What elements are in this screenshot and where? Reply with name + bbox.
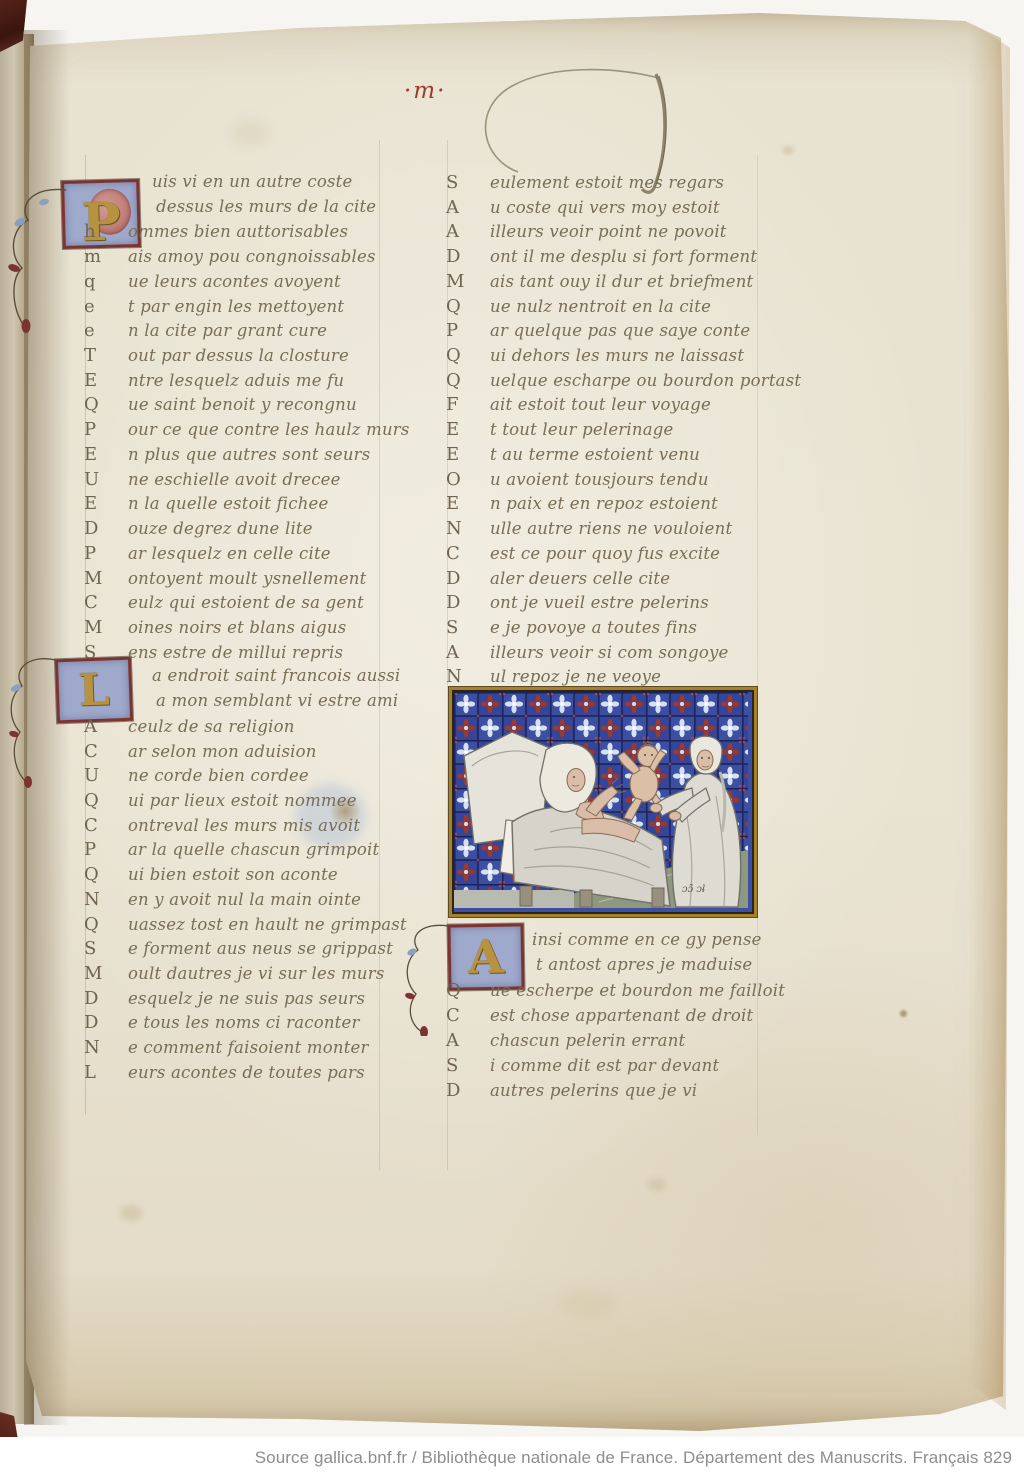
verse-initial: C	[446, 1005, 480, 1026]
verse-text: a endroit saint francois aussi	[152, 666, 400, 685]
verse-line: Contreval les murs mis avoit	[84, 815, 360, 839]
verse-line: Tout par dessus la closture	[84, 345, 349, 369]
verse-text: ceulz de sa religion	[128, 717, 295, 736]
verse-line: Que saint benoit y recongnu	[84, 394, 357, 418]
verse-line: Par la quelle chascun grimpoit	[84, 839, 379, 863]
verse-text: ais amoy pou congnoissables	[128, 247, 376, 266]
verse-text: ar quelque pas que saye conte	[490, 321, 750, 340]
verse-initial: C	[84, 815, 118, 836]
verse-text: ntre lesquelz aduis me fu	[128, 371, 344, 390]
verse-line: Ceulz qui estoient de sa gent	[84, 592, 364, 616]
verse-initial: q	[84, 271, 118, 292]
verse-line: Cest chose appartenant de droit	[446, 1005, 753, 1029]
verse-line: Et au terme estoient venu	[446, 444, 700, 468]
pen-flourish	[2, 648, 64, 788]
verse-initial: Q	[446, 345, 480, 366]
verse-text: illeurs veoir point ne povoit	[490, 222, 727, 241]
miniature-inscription: ɔɔ̃ ɔƚ	[682, 884, 705, 895]
verse-text: est ce pour quoy fus excite	[490, 544, 720, 563]
verse-line: Douze degrez dune lite	[84, 518, 313, 542]
verse-initial: Q	[84, 790, 118, 811]
verse-line: Cest ce pour quoy fus excite	[446, 543, 720, 567]
verse-line: Leurs acontes de toutes pars	[84, 1062, 365, 1086]
verse-line: hommes bien auttorisables	[84, 221, 348, 245]
verse-text: n paix et en repoz estoient	[490, 494, 718, 513]
verse-line: t antost apres je maduise	[526, 955, 752, 979]
source-credit: Source gallica.bnf.fr / Bibliothèque nat…	[255, 1448, 1024, 1468]
verse-text: aler deuers celle cite	[490, 569, 670, 588]
verse-line: Desquelz je ne suis pas seurs	[84, 988, 365, 1012]
verse-text: chascun pelerin errant	[490, 1031, 685, 1050]
verse-text: e tous les noms ci raconter	[128, 1013, 360, 1032]
verse-line: Qui dehors les murs ne laissast	[446, 345, 744, 369]
verse-text: eurs acontes de toutes pars	[128, 1063, 365, 1082]
verse-text: ont je vueil estre pelerins	[490, 593, 709, 612]
verse-text: u avoient tousjours tendu	[490, 470, 709, 489]
verse-text: insi comme en ce gy pense	[532, 930, 762, 949]
verse-text: n la quelle estoit fichee	[128, 494, 328, 513]
ruling-line	[379, 140, 380, 1170]
verse-line: Daler deuers celle cite	[446, 568, 670, 592]
verse-initial: Q	[446, 980, 480, 1001]
verse-line: Aceulz de sa religion	[84, 716, 295, 740]
verse-initial: D	[84, 518, 118, 539]
verse-text: e forment aus neus se grippast	[128, 939, 393, 958]
manuscript-scan-page: ·m· P L A uis vi en un autre costedessu	[0, 0, 1024, 1478]
verse-line: Au coste qui vers moy estoit	[446, 197, 720, 221]
verse-text: out par dessus la closture	[128, 346, 349, 365]
verse-initial: D	[446, 568, 480, 589]
verse-initial: M	[84, 568, 118, 589]
verse-line: uis vi en un autre coste	[142, 172, 352, 196]
verse-line: Ailleurs veoir si com songoye	[446, 642, 729, 666]
verse-text: ar lesquelz en celle cite	[128, 544, 331, 563]
verse-line: Nen y avoit nul la main ointe	[84, 889, 361, 913]
pen-flourish	[4, 176, 74, 336]
verse-text: en y avoit nul la main ointe	[128, 890, 361, 909]
verse-line: a mon semblant vi estre ami	[146, 691, 398, 715]
verse-initial: P	[84, 543, 118, 564]
verse-initial: N	[84, 889, 118, 910]
verse-line: que leurs acontes avoyent	[84, 271, 341, 295]
verse-line: a endroit saint francois aussi	[142, 666, 400, 690]
verse-line: Nul repoz je ne veoye	[446, 666, 661, 690]
decorated-initial-L: L	[55, 657, 133, 724]
initial-letter: L	[58, 660, 130, 720]
verse-line: Seulement estoit mes regars	[446, 172, 724, 196]
verse-initial: T	[84, 345, 118, 366]
verse-text: illeurs veoir si com songoye	[490, 643, 729, 662]
verse-line: Montoyent moult ysnellement	[84, 568, 366, 592]
verse-line: Une corde bien cordee	[84, 765, 309, 789]
verse-text: ue escherpe et bourdon me failloit	[490, 981, 785, 1000]
verse-line: dessus les murs de la cite	[146, 197, 376, 221]
initial-letter: A	[450, 926, 521, 987]
verse-initial: C	[84, 741, 118, 762]
verse-line: Fait estoit tout leur voyage	[446, 394, 711, 418]
verse-line: en la cite par grant cure	[84, 320, 327, 344]
verse-text: uelque escharpe ou bourdon portast	[490, 371, 801, 390]
verse-text: a mon semblant vi estre ami	[156, 691, 398, 710]
verse-initial: h	[84, 221, 118, 242]
verse-initial: D	[446, 592, 480, 613]
verse-line: En plus que autres sont seurs	[84, 444, 370, 468]
verse-line: Nulle autre riens ne vouloient	[446, 518, 732, 542]
verse-text: oines noirs et blans aigus	[128, 618, 346, 637]
verse-text: ne eschielle avoit drecee	[128, 470, 341, 489]
verse-initial: U	[84, 765, 118, 786]
verse-text: eulz qui estoient de sa gent	[128, 593, 364, 612]
verse-initial: S	[84, 642, 118, 663]
verse-line: De tous les noms ci raconter	[84, 1012, 360, 1036]
verse-initial: N	[84, 1037, 118, 1058]
verse-initial: Q	[84, 394, 118, 415]
verse-line: Sens estre de millui repris	[84, 642, 343, 666]
verse-line: Quelque escharpe ou bourdon portast	[446, 370, 801, 394]
miniature-birth-scene: ɔɔ̃ ɔƚ	[452, 690, 754, 914]
verse-initial: A	[84, 716, 118, 737]
verse-line: Qui bien estoit son aconte	[84, 864, 338, 888]
verse-line: Par lesquelz en celle cite	[84, 543, 331, 567]
verse-text: ont il me desplu si fort forment	[490, 247, 757, 266]
verse-initial: S	[446, 617, 480, 638]
verse-text: esquelz je ne suis pas seurs	[128, 989, 365, 1008]
verse-text: u coste qui vers moy estoit	[490, 198, 720, 217]
verse-text: i comme dit est par devant	[490, 1056, 719, 1075]
verse-text: e comment faisoient monter	[128, 1038, 369, 1057]
verse-text: t au terme estoient venu	[490, 445, 700, 464]
verse-text: t par engin les mettoyent	[128, 297, 344, 316]
verse-initial: S	[446, 1055, 480, 1076]
verse-line: Dautres pelerins que je vi	[446, 1080, 697, 1104]
verse-initial: F	[446, 394, 480, 415]
verse-line: Ailleurs veoir point ne povoit	[446, 221, 727, 245]
verse-line: Et tout leur pelerinage	[446, 419, 673, 443]
verse-line: Ou avoient tousjours tendu	[446, 469, 709, 493]
verse-text: ue nulz nentroit en la cite	[490, 297, 711, 316]
floor	[454, 890, 574, 908]
verse-initial: U	[84, 469, 118, 490]
verse-initial: Q	[446, 296, 480, 317]
verse-line: Que nulz nentroit en la cite	[446, 296, 711, 320]
verse-initial: P	[446, 320, 480, 341]
verse-initial: N	[446, 666, 480, 687]
verse-text: ommes bien auttorisables	[128, 222, 348, 241]
verse-text: ne corde bien cordee	[128, 766, 309, 785]
verse-initial: D	[446, 246, 480, 267]
verse-text: uassez tost en hault ne grimpast	[128, 915, 407, 934]
verse-line: Que escherpe et bourdon me failloit	[446, 980, 785, 1004]
verse-line: Dont il me desplu si fort forment	[446, 246, 757, 270]
verse-text: ontreval les murs mis avoit	[128, 816, 360, 835]
verse-text: ulle autre riens ne vouloient	[490, 519, 732, 538]
verse-text: ontoyent moult ysnellement	[128, 569, 366, 588]
verse-text: uis vi en un autre coste	[152, 172, 352, 191]
verse-line: Se forment aus neus se grippast	[84, 938, 393, 962]
verse-text: ui bien estoit son aconte	[128, 865, 338, 884]
verse-text: t antost apres je maduise	[536, 955, 752, 974]
verse-line: Dont je vueil estre pelerins	[446, 592, 709, 616]
verse-initial: A	[446, 1030, 480, 1051]
verse-initial: E	[84, 444, 118, 465]
verse-text: ar selon mon aduision	[128, 742, 317, 761]
verse-initial: M	[84, 963, 118, 984]
verse-line: Par quelque pas que saye conte	[446, 320, 750, 344]
verse-line: Moult dautres je vi sur les murs	[84, 963, 385, 987]
verse-text: ul repoz je ne veoye	[490, 667, 661, 686]
page-edge-browning	[968, 20, 1010, 1410]
verse-line: En la quelle estoit fichee	[84, 493, 328, 517]
verse-initial: A	[446, 642, 480, 663]
verse-initial: m	[84, 246, 118, 267]
verse-text: dessus les murs de la cite	[156, 197, 376, 216]
verse-text: t tout leur pelerinage	[490, 420, 673, 439]
verse-line: Achascun pelerin errant	[446, 1030, 685, 1054]
verse-initial: A	[446, 197, 480, 218]
verse-line: et par engin les mettoyent	[84, 296, 344, 320]
verse-initial: L	[84, 1062, 118, 1083]
verse-initial: S	[446, 172, 480, 193]
verse-text: ens estre de millui repris	[128, 643, 343, 662]
verse-text: ue saint benoit y recongnu	[128, 395, 357, 414]
verse-initial: P	[84, 839, 118, 860]
verse-text: oult dautres je vi sur les murs	[128, 964, 385, 983]
verse-text: eulement estoit mes regars	[490, 173, 724, 192]
verse-line: Moines noirs et blans aigus	[84, 617, 346, 641]
verse-initial: E	[84, 493, 118, 514]
verse-line: Qui par lieux estoit nommee	[84, 790, 357, 814]
verse-text: ait estoit tout leur voyage	[490, 395, 711, 414]
verse-line: Quassez tost en hault ne grimpast	[84, 914, 407, 938]
verse-text: ais tant ouy il dur et briefment	[490, 272, 753, 291]
miniature-art: ɔɔ̃ ɔƚ	[454, 692, 748, 908]
verse-text: n la cite par grant cure	[128, 321, 327, 340]
verse-line: insi comme en ce gy pense	[522, 930, 762, 954]
gallica-footer: Source gallica.bnf.fr / Bibliothèque nat…	[0, 1437, 1024, 1478]
verse-initial: E	[446, 419, 480, 440]
verse-initial: C	[446, 543, 480, 564]
verse-line: mais amoy pou congnoissables	[84, 246, 376, 270]
verse-initial: C	[84, 592, 118, 613]
verse-text: our ce que contre les haulz murs	[128, 420, 410, 439]
verse-line: Mais tant ouy il dur et briefment	[446, 271, 753, 295]
verse-line: Ne comment faisoient monter	[84, 1037, 369, 1061]
verse-text: ue leurs acontes avoyent	[128, 272, 341, 291]
verse-initial: D	[446, 1080, 480, 1101]
verse-line: Une eschielle avoit drecee	[84, 469, 341, 493]
verse-line: Car selon mon aduision	[84, 741, 317, 765]
verse-text: est chose appartenant de droit	[490, 1006, 753, 1025]
verse-initial: Q	[446, 370, 480, 391]
verse-initial: O	[446, 469, 480, 490]
verse-text: e je povoye a toutes fins	[490, 618, 697, 637]
verse-line: Pour ce que contre les haulz murs	[84, 419, 410, 443]
verse-text: ui par lieux estoit nommee	[128, 791, 357, 810]
verse-text: ui dehors les murs ne laissast	[490, 346, 744, 365]
verse-text: autres pelerins que je vi	[490, 1081, 697, 1100]
verse-text: ouze degrez dune lite	[128, 519, 313, 538]
verse-initial: Q	[84, 914, 118, 935]
verse-text: ar la quelle chascun grimpoit	[128, 840, 379, 859]
verse-line: En paix et en repoz estoient	[446, 493, 718, 517]
verse-initial: P	[84, 419, 118, 440]
verse-initial: S	[84, 938, 118, 959]
verse-initial: E	[84, 370, 118, 391]
verse-initial: M	[84, 617, 118, 638]
verse-text: n plus que autres sont seurs	[128, 445, 370, 464]
verse-initial: M	[446, 271, 480, 292]
verse-initial: e	[84, 320, 118, 341]
verse-initial: e	[84, 296, 118, 317]
verse-initial: N	[446, 518, 480, 539]
verse-line: Si comme dit est par devant	[446, 1055, 719, 1079]
verse-initial: D	[84, 988, 118, 1009]
verse-initial: D	[84, 1012, 118, 1033]
verse-line: Entre lesquelz aduis me fu	[84, 370, 344, 394]
verse-initial: A	[446, 221, 480, 242]
verse-line: Se je povoye a toutes fins	[446, 617, 697, 641]
verse-initial: E	[446, 444, 480, 465]
verse-initial: Q	[84, 864, 118, 885]
quire-mark: ·m·	[404, 78, 446, 104]
verse-initial: E	[446, 493, 480, 514]
